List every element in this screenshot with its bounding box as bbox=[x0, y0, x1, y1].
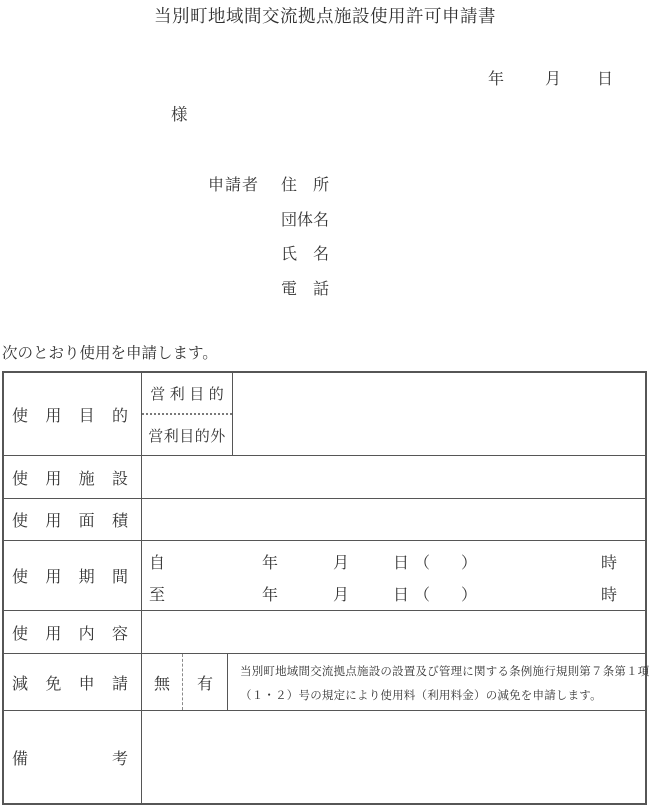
period-hour-label: 時 bbox=[601, 550, 617, 573]
use-content-label: 使用内容 bbox=[12, 621, 128, 644]
use-facility-value-cell bbox=[142, 456, 645, 498]
addressee-suffix: 様 bbox=[171, 101, 188, 125]
use-purpose-value-cell bbox=[233, 373, 645, 455]
row-use-purpose: 使用目的 営利目的 営利目的外 bbox=[4, 373, 645, 455]
purpose-option-noncommercial: 営利目的外 bbox=[142, 415, 232, 455]
period-month-label: 月 bbox=[333, 582, 349, 605]
period-paren-open: （ bbox=[414, 550, 430, 573]
use-purpose-label-cell: 使用目的 bbox=[4, 373, 142, 455]
use-period-label: 使用期間 bbox=[12, 564, 128, 587]
row-remarks: 備考 bbox=[4, 710, 645, 803]
period-year-label: 年 bbox=[262, 550, 278, 573]
period-to-line: 至 年 月 日 （ ） 時 bbox=[142, 582, 645, 602]
use-period-label-cell: 使用期間 bbox=[4, 541, 142, 610]
exemption-description-cell: 当別町地域間交流拠点施設の設置及び管理に関する条例施行規則第７条第１項第 （１・… bbox=[227, 654, 650, 710]
row-use-period: 使用期間 自 年 月 日 （ ） 時 至 年 月 日 （ bbox=[4, 540, 645, 610]
exemption-option-no: 無 bbox=[142, 654, 182, 710]
row-use-facility: 使用施設 bbox=[4, 455, 645, 498]
use-area-value-cell bbox=[142, 499, 645, 540]
remarks-label: 備考 bbox=[12, 746, 128, 769]
period-paren-close: ） bbox=[461, 582, 477, 605]
purpose-options-cell: 営利目的 営利目的外 bbox=[142, 373, 233, 455]
exemption-option-yes: 有 bbox=[183, 654, 227, 710]
use-area-label-cell: 使用面積 bbox=[4, 499, 142, 540]
date-day-label: 日 bbox=[597, 66, 613, 89]
use-content-label-cell: 使用内容 bbox=[4, 611, 142, 653]
applicant-label: 申請者 bbox=[208, 172, 259, 195]
row-use-content: 使用内容 bbox=[4, 610, 645, 653]
period-from-prefix: 自 bbox=[149, 550, 165, 573]
period-from-line: 自 年 月 日 （ ） 時 bbox=[142, 550, 645, 570]
period-day-label: 日 bbox=[393, 550, 409, 573]
period-paren-close: ） bbox=[461, 550, 477, 573]
exemption-description-line2: （１・２）号の規定により使用料（利用料金）の減免を申請します。 bbox=[240, 684, 650, 708]
row-use-area: 使用面積 bbox=[4, 498, 645, 540]
intro-text: 次のとおり使用を申請します。 bbox=[2, 341, 218, 363]
date-month-label: 月 bbox=[545, 66, 561, 89]
application-table: 使用目的 営利目的 営利目的外 使用施設 使用面積 使用期間 bbox=[2, 371, 647, 805]
use-facility-label-cell: 使用施設 bbox=[4, 456, 142, 498]
applicant-field-name: 氏 名 bbox=[281, 241, 329, 264]
remarks-label-cell: 備考 bbox=[4, 711, 142, 803]
use-facility-label: 使用施設 bbox=[12, 466, 128, 489]
fee-exemption-label-cell: 減免申請 bbox=[4, 654, 142, 710]
applicant-field-address: 住 所 bbox=[281, 172, 329, 195]
use-purpose-label: 使用目的 bbox=[12, 403, 128, 426]
remarks-value-cell bbox=[142, 711, 645, 803]
application-form-page: 当別町地域間交流拠点施設使用許可申請書 年 月 日 様 申請者 住 所 団体名 … bbox=[0, 0, 650, 808]
period-hour-label: 時 bbox=[601, 582, 617, 605]
applicant-field-phone: 電 話 bbox=[281, 276, 329, 299]
page-title: 当別町地域間交流拠点施設使用許可申請書 bbox=[0, 3, 650, 28]
date-year-label: 年 bbox=[488, 66, 504, 89]
period-month-label: 月 bbox=[333, 550, 349, 573]
period-paren-open: （ bbox=[414, 582, 430, 605]
period-day-label: 日 bbox=[393, 582, 409, 605]
row-fee-exemption: 減免申請 無 有 当別町地域間交流拠点施設の設置及び管理に関する条例施行規則第７… bbox=[4, 653, 645, 710]
exemption-description-line1: 当別町地域間交流拠点施設の設置及び管理に関する条例施行規則第７条第１項第 bbox=[240, 660, 650, 684]
use-content-value-cell bbox=[142, 611, 645, 653]
period-year-label: 年 bbox=[262, 582, 278, 605]
purpose-option-commercial: 営利目的 bbox=[142, 373, 232, 415]
applicant-field-organization: 団体名 bbox=[281, 207, 329, 230]
use-period-value-cell: 自 年 月 日 （ ） 時 至 年 月 日 （ ） 時 bbox=[142, 541, 645, 610]
period-to-prefix: 至 bbox=[149, 582, 165, 605]
fee-exemption-label: 減免申請 bbox=[12, 671, 128, 694]
use-area-label: 使用面積 bbox=[12, 508, 128, 531]
